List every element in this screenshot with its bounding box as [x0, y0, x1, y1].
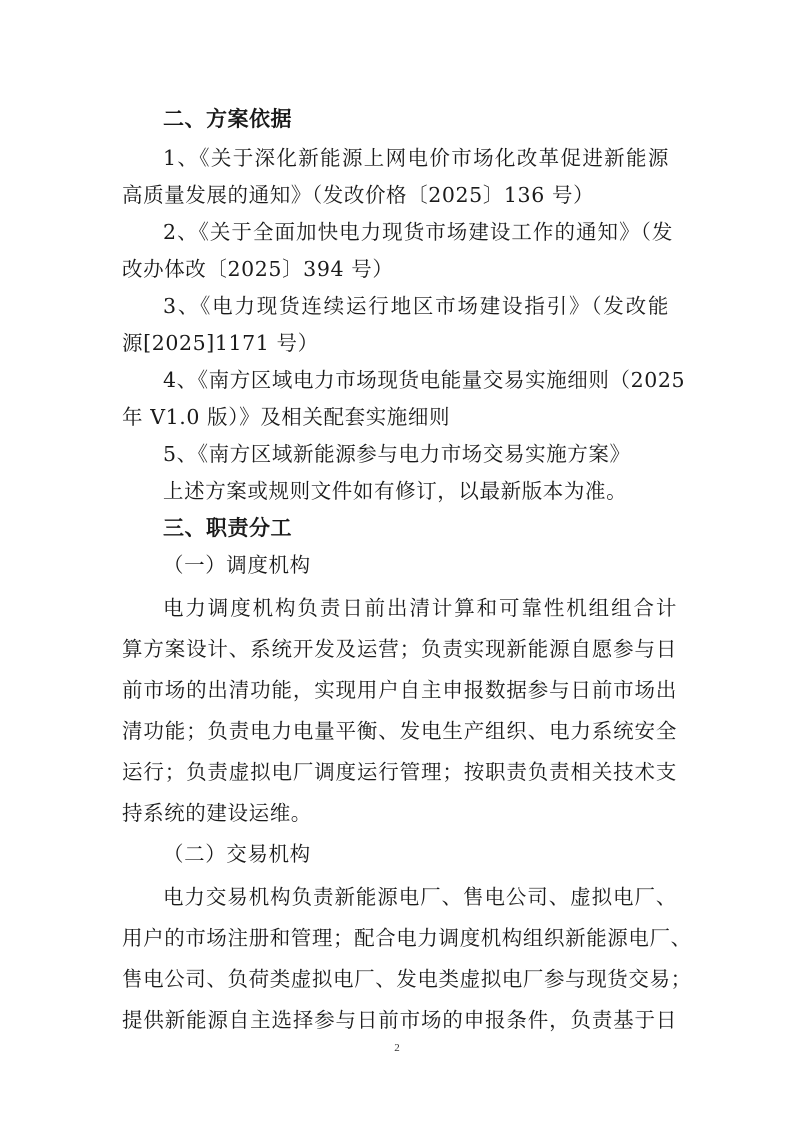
trading-para-cont-3: 提供新能源自主选择参与日前市场的申报条件，负责基于日 [122, 1008, 677, 1032]
basis-item-1: 1、《关于深化新能源上网电价市场化改革促进新能源 [163, 146, 669, 170]
document-page: 二、方案依据 1、《关于深化新能源上网电价市场化改革促进新能源 高质量发展的通知… [0, 0, 794, 1123]
dispatch-para-cont-1: 算方案设计、系统开发及运营；负责实现新能源自愿参与日 [122, 637, 677, 661]
page-number: 2 [0, 1042, 794, 1054]
basis-item-2-cont: 改办体改〔2025〕394 号） [122, 257, 682, 281]
subheading-trading: （二）交易机构 [163, 842, 723, 866]
dispatch-para-cont-2: 前市场的出清功能，实现用户自主申报数据参与日前市场出 [122, 678, 677, 702]
basis-item-2: 2、《关于全面加快电力现货市场建设工作的通知》（发 [163, 220, 673, 244]
trading-para-cont-2: 售电公司、负荷类虚拟电厂、发电类虚拟电厂参与现货交易； [122, 967, 682, 991]
basis-item-1-cont: 高质量发展的通知》（发改价格〔2025〕136 号） [122, 183, 682, 207]
dispatch-para: 电力调度机构负责日前出清计算和可靠性机组组合计 [163, 596, 677, 620]
section-heading-basis: 二、方案依据 [163, 107, 723, 131]
basis-item-4-cont: 年 V1.0 版）》及相关配套实施细则 [122, 405, 682, 429]
dispatch-para-cont-3: 清功能；负责电力电量平衡、发电生产组织、电力系统安全 [122, 719, 677, 743]
trading-para: 电力交易机构负责新能源电厂、售电公司、虚拟电厂、 [163, 885, 677, 909]
dispatch-para-cont-4: 运行；负责虚拟电厂调度运行管理；按职责负责相关技术支 [122, 760, 677, 784]
basis-item-4: 4、《南方区域电力市场现货电能量交易实施细则（2025 [163, 368, 676, 392]
section-heading-duties: 三、职责分工 [163, 516, 723, 540]
basis-item-5: 5、《南方区域新能源参与电力市场交易实施方案》 [163, 442, 723, 466]
basis-item-3-cont: 源[2025]1171 号） [122, 331, 682, 355]
trading-para-cont-1: 用户的市场注册和管理；配合电力调度机构组织新能源电厂、 [122, 926, 687, 950]
dispatch-para-end: 持系统的建设运维。 [122, 801, 682, 825]
basis-item-3: 3、《电力现货连续运行地区市场建设指引》（发改能 [163, 294, 669, 318]
subheading-dispatch: （一）调度机构 [163, 553, 723, 577]
basis-note: 上述方案或规则文件如有修订，以最新版本为准。 [163, 479, 723, 503]
